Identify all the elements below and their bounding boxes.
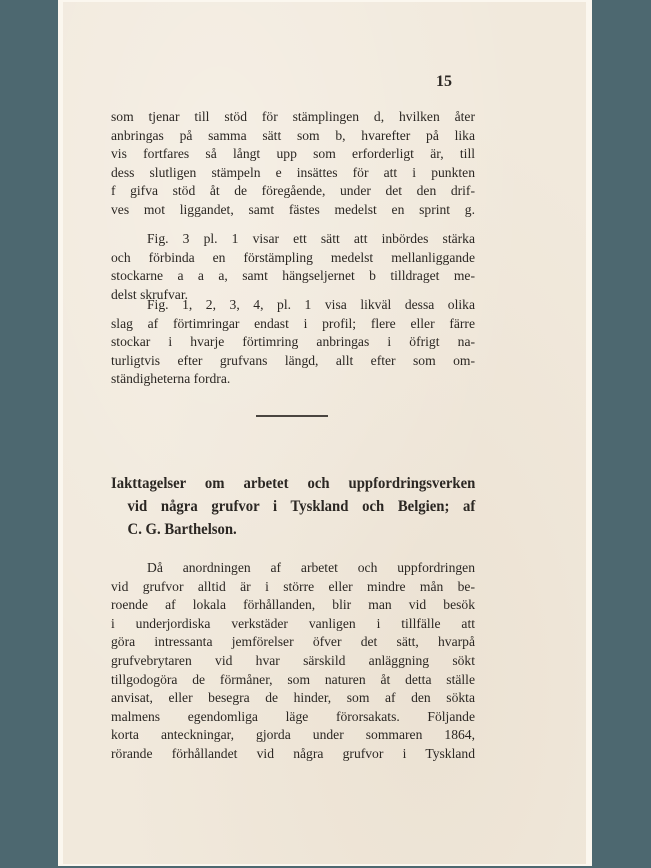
paragraph-fig-3: Fig. 3 pl. 1 visar ett sätt att inbördes…	[111, 230, 475, 304]
text-line: rörande förhållandet vid några grufvor i…	[111, 745, 475, 764]
text-line: malmens egendomliga läge förorsakats. Fö…	[111, 708, 475, 727]
text-line: vid grufvor alltid är i större eller min…	[111, 578, 475, 597]
text-line: göra intressanta jemförelser öfver det s…	[111, 633, 475, 652]
article-heading: Iakttagelser om arbetet och uppfordrings…	[111, 472, 446, 541]
text-line: Fig. 3 pl. 1 visar ett sätt att inbördes…	[111, 230, 475, 249]
paragraph-fig-1-4: Fig. 1, 2, 3, 4, pl. 1 visa likväl dessa…	[111, 296, 475, 389]
text-line: anvisat, eller besegra de hinder, som af…	[111, 689, 475, 708]
text-line: ständigheterna fordra.	[111, 370, 475, 389]
section-divider-rule	[256, 415, 328, 417]
text-line: stockarne a a a, samt hängseljernet b ti…	[111, 267, 475, 286]
text-line: tillgodogöra de förmåner, som naturen åt…	[111, 671, 475, 690]
paragraph-article-intro: Då anordningen af arbetet och uppfordrin…	[111, 559, 475, 764]
text-line: f gifva stöd åt de föregående, under det…	[111, 182, 475, 201]
text-line: turligtvis efter grufvans längd, allt ef…	[111, 352, 475, 371]
text-line: Fig. 1, 2, 3, 4, pl. 1 visa likväl dessa…	[111, 296, 475, 315]
text-line: och förbinda en förstämpling medelst mel…	[111, 249, 475, 268]
text-line: som tjenar till stöd för stämplingen d, …	[111, 108, 475, 127]
heading-line: Iakttagelser om arbetet och uppfordrings…	[111, 472, 475, 495]
text-line: vis fortfares så långt upp som erforderl…	[111, 145, 475, 164]
book-page: 15 som tjenar till stöd för stämplingen …	[63, 2, 586, 864]
paragraph-timbering-continuation: som tjenar till stöd för stämplingen d, …	[111, 108, 475, 220]
text-line: grufvebrytaren vid hvar särskild anläggn…	[111, 652, 475, 671]
page-frame: 15 som tjenar till stöd för stämplingen …	[58, 0, 592, 866]
text-line: korta anteckningar, gjorda under sommare…	[111, 726, 475, 745]
text-line: i underjordiska verkstäder vanligen i ti…	[111, 615, 475, 634]
text-line: dess slutligen stämpeln e insättes för a…	[111, 164, 475, 183]
text-line: ves mot liggandet, samt fästes medelst e…	[111, 201, 475, 220]
text-line: roende af lokala förhållanden, blir man …	[111, 596, 475, 615]
heading-line: vid några grufvor i Tyskland och Belgien…	[111, 495, 475, 518]
text-line: stockar i hvarje förtimring anbringas i …	[111, 333, 475, 352]
text-line: Då anordningen af arbetet och uppfordrin…	[111, 559, 475, 578]
page-number: 15	[436, 73, 452, 91]
text-line: slag af förtimringar endast i profil; fl…	[111, 315, 475, 334]
text-line: anbringas på samma sätt som b, hvarefter…	[111, 127, 475, 146]
heading-author-line: C. G. Barthelson.	[111, 518, 475, 541]
